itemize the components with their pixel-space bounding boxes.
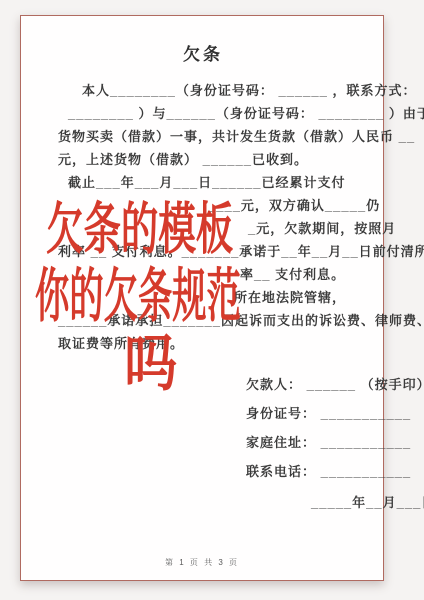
signature-block: 欠款人： ______ （按手印） 身份证号： ___________ 家庭住址… xyxy=(246,370,368,486)
doc-line: 元，上述货物（借款） ______已收到。 xyxy=(58,148,368,171)
document-page: 欠条 本人________（身份证号码： ______ ，联系方式： _____… xyxy=(20,15,384,581)
debtor-line: 欠款人： ______ （按手印） xyxy=(246,370,368,399)
doc-line: _元，欠款期间，按照月 xyxy=(248,217,368,240)
doc-line: 所在地法院管辖， xyxy=(234,286,368,309)
doc-line: 截止___年___月___日______已经累计支付 xyxy=(58,171,368,194)
date-line: _____年__月___日 xyxy=(311,492,368,511)
phone-line: 联系电话： ___________ xyxy=(246,457,368,486)
document-content: 欠条 本人________（身份证号码： ______ ，联系方式： _____… xyxy=(21,16,383,511)
page-number-footer: 第 1 页 共 3 页 xyxy=(21,557,383,568)
doc-line: 取证费等所有费用。 xyxy=(58,332,368,355)
watermark-line-1: 欠条的模板 xyxy=(46,202,233,258)
doc-line: 率__ 支付利息。 xyxy=(240,263,368,286)
watermark-line-3: 吗 xyxy=(124,334,177,395)
doc-line: ________ ）与______（身份证号码： ________ ）由于 xyxy=(68,102,368,125)
doc-line: 本人________（身份证号码： ______ ，联系方式： xyxy=(58,79,368,102)
doc-line: 货物买卖（借款）一事，共计发生货款（借款）人民币 __ xyxy=(58,125,368,148)
id-line: 身份证号： ___________ xyxy=(246,399,368,428)
page-title: 欠条 xyxy=(38,40,368,65)
address-line: 家庭住址： ___________ xyxy=(246,428,368,457)
watermark-line-2: 你的欠条规范 xyxy=(35,268,241,326)
